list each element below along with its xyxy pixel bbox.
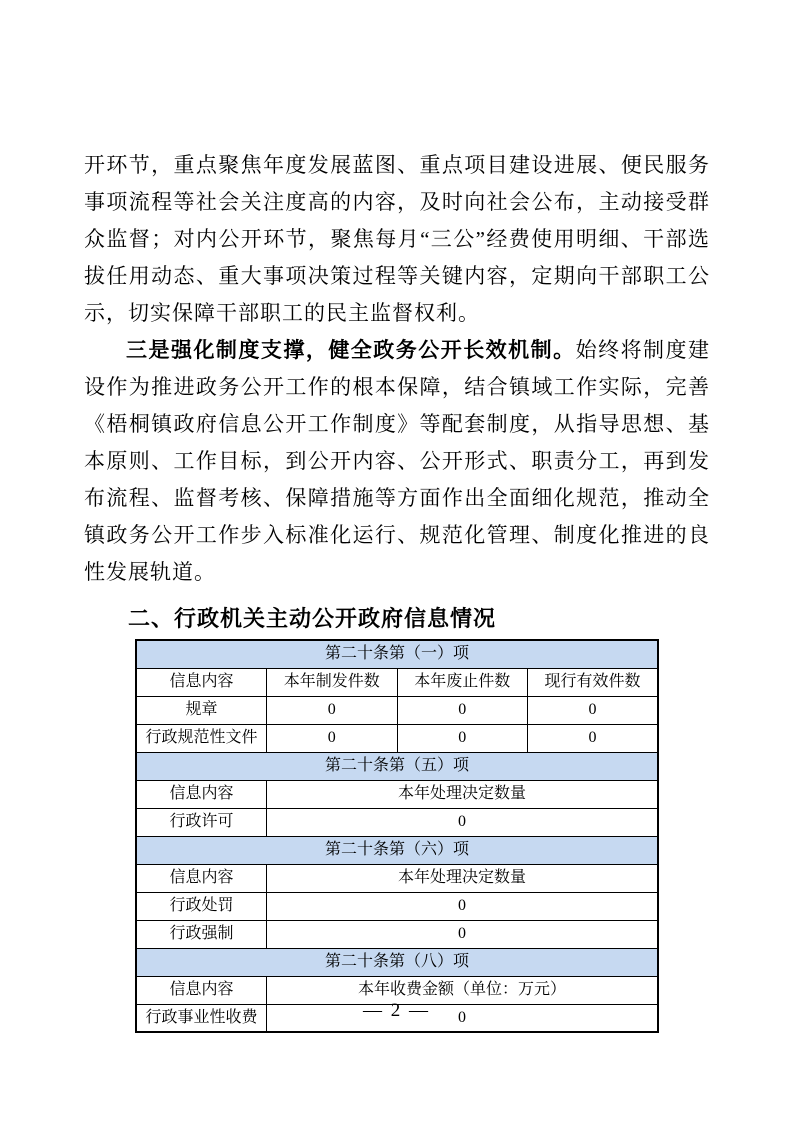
table-section-title: 第二十条第（八）项 (136, 948, 658, 976)
table-section-title: 第二十条第（五）项 (136, 752, 658, 780)
row-label: 规章 (136, 696, 267, 724)
cell-value: 0 (267, 808, 659, 836)
table-column-header-row: 信息内容本年制发件数本年废止件数现行有效件数 (136, 668, 658, 696)
info-disclosure-table: 第二十条第（一）项信息内容本年制发件数本年废止件数现行有效件数规章000行政规范… (135, 639, 659, 1033)
table-column-header: 本年废止件数 (397, 668, 528, 696)
table-section-title: 第二十条第（六）项 (136, 836, 658, 864)
table-column-header: 本年处理决定数量 (267, 780, 659, 808)
row-label: 行政强制 (136, 920, 267, 948)
section-heading: 二、行政机关主动公开政府信息情况 (84, 603, 710, 635)
table-column-header: 本年处理决定数量 (267, 864, 659, 892)
table-section-title-row: 第二十条第（五）项 (136, 752, 658, 780)
cell-value: 0 (397, 696, 528, 724)
table-row: 行政规范性文件000 (136, 724, 658, 752)
table-column-header-row: 信息内容本年处理决定数量 (136, 864, 658, 892)
table-row: 行政强制0 (136, 920, 658, 948)
table-row: 行政许可0 (136, 808, 658, 836)
document-body: 开环节，重点聚焦年度发展蓝图、重点项目建设进展、便民服务事项流程等社会关注度高的… (84, 147, 710, 1033)
cell-value: 0 (528, 724, 659, 752)
page-number: — 2 — (0, 1000, 793, 1022)
table-row: 行政处罚0 (136, 892, 658, 920)
body-paragraph-1: 开环节，重点聚焦年度发展蓝图、重点项目建设进展、便民服务事项流程等社会关注度高的… (84, 147, 710, 332)
row-label: 行政处罚 (136, 892, 267, 920)
table-column-header: 现行有效件数 (528, 668, 659, 696)
row-label: 行政许可 (136, 808, 267, 836)
document-page: 开环节，重点聚焦年度发展蓝图、重点项目建设进展、便民服务事项流程等社会关注度高的… (0, 0, 793, 1122)
table-column-header: 信息内容 (136, 780, 267, 808)
table-section-title-row: 第二十条第（一）项 (136, 640, 658, 668)
table-row: 规章000 (136, 696, 658, 724)
cell-value: 0 (397, 724, 528, 752)
cell-value: 0 (267, 920, 659, 948)
row-label: 行政规范性文件 (136, 724, 267, 752)
table-section-title-row: 第二十条第（八）项 (136, 948, 658, 976)
cell-value: 0 (267, 724, 398, 752)
table-section-title: 第二十条第（一）项 (136, 640, 658, 668)
body-paragraph-2: 三是强化制度支撑，健全政务公开长效机制。始终将制度建设作为推进政务公开工作的根本… (84, 332, 710, 591)
cell-value: 0 (267, 892, 659, 920)
table-column-header: 信息内容 (136, 668, 267, 696)
cell-value: 0 (528, 696, 659, 724)
info-table-body: 第二十条第（一）项信息内容本年制发件数本年废止件数现行有效件数规章000行政规范… (136, 640, 658, 1032)
table-column-header: 本年制发件数 (267, 668, 398, 696)
cell-value: 0 (267, 696, 398, 724)
table-column-header: 信息内容 (136, 864, 267, 892)
table-column-header-row: 信息内容本年处理决定数量 (136, 780, 658, 808)
paragraph-bold-lead: 三是强化制度支撑，健全政务公开长效机制。 (126, 338, 576, 362)
paragraph-body-text: 始终将制度建设作为推进政务公开工作的根本保障，结合镇域工作实际，完善《梧桐镇政府… (84, 338, 710, 584)
table-section-title-row: 第二十条第（六）项 (136, 836, 658, 864)
